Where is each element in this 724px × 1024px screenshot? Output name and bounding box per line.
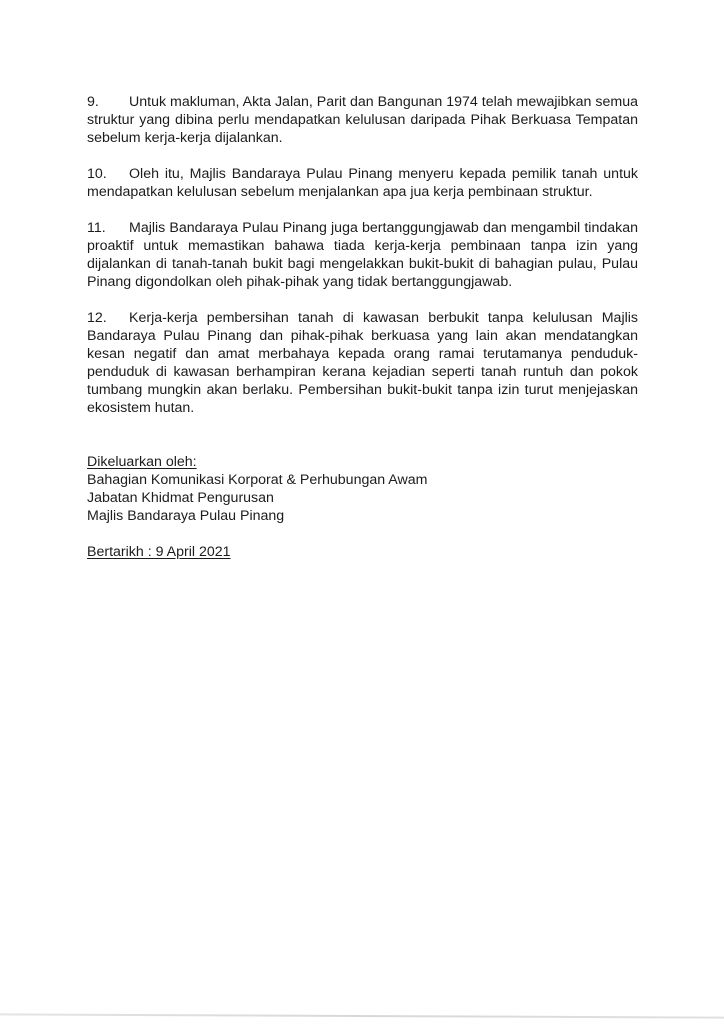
issuer-line: Bahagian Komunikasi Korporat & Perhubung… [87,471,638,489]
paragraph-10: 10.Oleh itu, Majlis Bandaraya Pulau Pina… [87,165,638,201]
issued-by-label: Dikeluarkan oleh: [87,453,638,471]
document-page: 9.Untuk makluman, Akta Jalan, Parit dan … [87,93,638,561]
paragraph-number: 11. [87,219,129,237]
paragraph-text: Kerja-kerja pembersihan tanah di kawasan… [87,310,638,416]
paragraph-12: 12.Kerja-kerja pembersihan tanah di kawa… [87,309,638,417]
issued-by-block: Dikeluarkan oleh: Bahagian Komunikasi Ko… [87,453,638,525]
paragraph-9: 9.Untuk makluman, Akta Jalan, Parit dan … [87,93,638,147]
page-bottom-edge [0,1013,724,1018]
paragraph-text: Oleh itu, Majlis Bandaraya Pulau Pinang … [87,166,638,200]
paragraph-number: 12. [87,309,129,327]
paragraph-text: Majlis Bandaraya Pulau Pinang juga berta… [87,220,638,290]
issuer-line: Majlis Bandaraya Pulau Pinang [87,507,638,525]
paragraph-number: 9. [87,93,129,111]
paragraph-number: 10. [87,165,129,183]
paragraph-text: Untuk makluman, Akta Jalan, Parit dan Ba… [87,94,638,146]
date-line: Bertarikh : 9 April 2021 [87,543,638,561]
paragraph-11: 11.Majlis Bandaraya Pulau Pinang juga be… [87,219,638,291]
issuer-line: Jabatan Khidmat Pengurusan [87,489,638,507]
